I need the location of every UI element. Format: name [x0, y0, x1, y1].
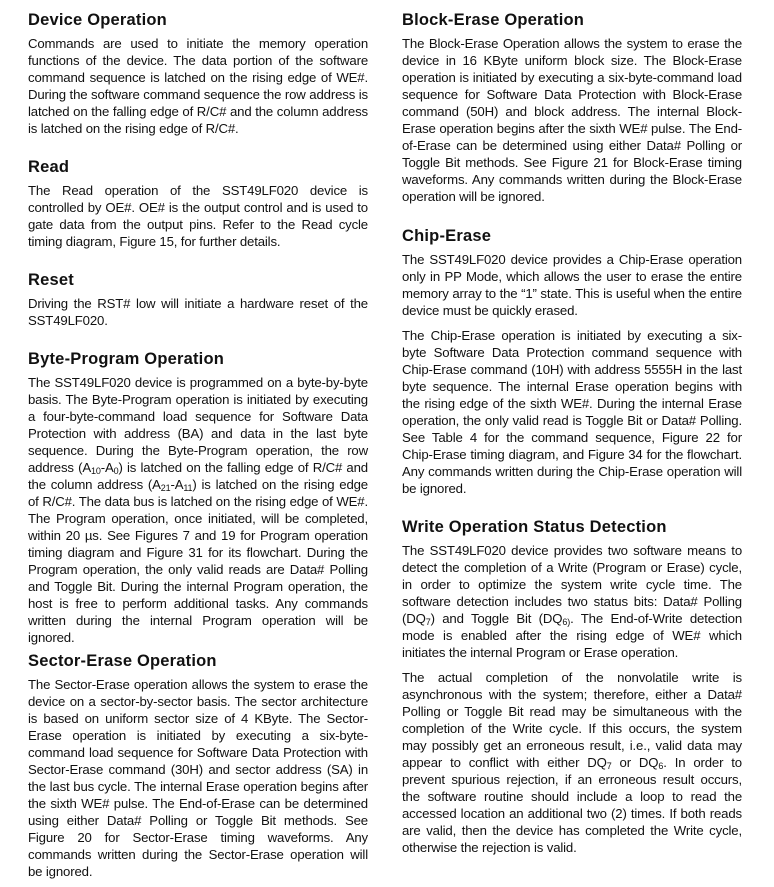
section-read: Read The Read operation of the SST49LF02… [28, 157, 368, 250]
paragraph-write-status-1: The SST49LF020 device provides two softw… [402, 542, 742, 661]
heading-byte-program: Byte-Program Operation [28, 349, 368, 369]
section-block-erase: Block-Erase Operation The Block-Erase Op… [402, 10, 742, 205]
section-reset: Reset Driving the RST# low will initiate… [28, 270, 368, 329]
paragraph-chip-erase-2: The Chip-Erase operation is initiated by… [402, 327, 742, 497]
heading-chip-erase: Chip-Erase [402, 226, 742, 246]
heading-read: Read [28, 157, 368, 177]
paragraph-write-status-2: The actual completion of the nonvolatile… [402, 669, 742, 856]
paragraph-sector-erase: The Sector-Erase operation allows the sy… [28, 676, 368, 880]
heading-block-erase: Block-Erase Operation [402, 10, 742, 30]
heading-write-status-detection: Write Operation Status Detection [402, 517, 742, 537]
heading-device-operation: Device Operation [28, 10, 368, 30]
heading-reset: Reset [28, 270, 368, 290]
paragraph-device-operation: Commands are used to initiate the memory… [28, 35, 368, 137]
paragraph-reset: Driving the RST# low will initiate a har… [28, 295, 368, 329]
section-chip-erase: Chip-Erase The SST49LF020 device provide… [402, 226, 742, 497]
heading-sector-erase: Sector-Erase Operation [28, 651, 368, 671]
section-sector-erase: Sector-Erase Operation The Sector-Erase … [28, 651, 368, 880]
paragraph-byte-program: The SST49LF020 device is programmed on a… [28, 374, 368, 646]
section-byte-program: Byte-Program Operation The SST49LF020 de… [28, 349, 368, 646]
section-device-operation: Device Operation Commands are used to in… [28, 10, 368, 137]
section-write-status-detection: Write Operation Status Detection The SST… [402, 517, 742, 856]
paragraph-chip-erase-1: The SST49LF020 device provides a Chip-Er… [402, 251, 742, 319]
paragraph-read: The Read operation of the SST49LF020 dev… [28, 182, 368, 250]
paragraph-block-erase: The Block-Erase Operation allows the sys… [402, 35, 742, 205]
